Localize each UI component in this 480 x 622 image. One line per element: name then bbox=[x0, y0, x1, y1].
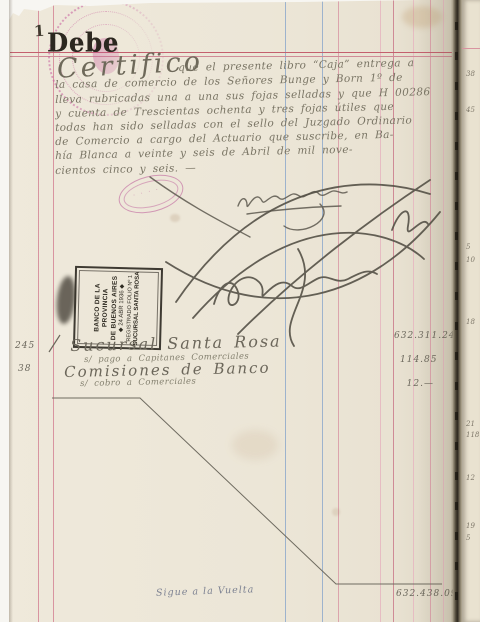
stain bbox=[170, 214, 180, 222]
ledger-scan: 1 Debe Certifico que el presente libro “… bbox=[0, 0, 480, 622]
adjacent-page-number: 12 bbox=[466, 474, 475, 482]
closing-rule bbox=[52, 398, 442, 584]
adjacent-page-number: 45 bbox=[466, 106, 475, 114]
adjacent-page-number: 38 bbox=[466, 70, 475, 78]
book-binding bbox=[451, 0, 462, 622]
main-signature-flourish bbox=[166, 180, 440, 346]
adjacent-page-number: 21 bbox=[466, 420, 475, 428]
adjacent-page-number: 118 bbox=[466, 431, 479, 439]
entry-title: Sucursal Santa Rosa bbox=[70, 332, 282, 355]
stain bbox=[232, 430, 278, 460]
adjacent-page-edge: 38 45 5 10 18 21 118 12 19 5 bbox=[462, 0, 480, 622]
adjacent-page-number: 10 bbox=[466, 256, 475, 264]
vertical-rule-margin-left-2 bbox=[53, 0, 54, 622]
entry-folio: 245 bbox=[15, 341, 35, 351]
entry-folio: 38 bbox=[18, 364, 31, 374]
adjacent-page-rule bbox=[462, 48, 480, 49]
adjacent-page-number: 5 bbox=[466, 243, 470, 251]
vertical-rule-margin-left-1 bbox=[38, 0, 39, 622]
notary-oval-stamp: · · · · · bbox=[115, 169, 188, 220]
footer-note: Sigue a la Vuelta bbox=[156, 584, 255, 598]
certificate-line: cientos cinco y seis. — bbox=[55, 162, 196, 177]
page-number: 1 bbox=[33, 22, 45, 41]
adjacent-page-number: 19 bbox=[466, 522, 475, 530]
adjacent-page-number: 18 bbox=[466, 318, 475, 326]
stain bbox=[332, 508, 340, 516]
gutter-shadow bbox=[418, 0, 452, 622]
ledger-page: 1 Debe Certifico que el presente libro “… bbox=[0, 0, 480, 622]
entry-detail: s/ cobro a Comerciales bbox=[80, 377, 196, 389]
torn-page-edge bbox=[9, 0, 13, 622]
adjacent-page-number: 5 bbox=[466, 534, 470, 542]
tick-mark bbox=[49, 335, 60, 352]
